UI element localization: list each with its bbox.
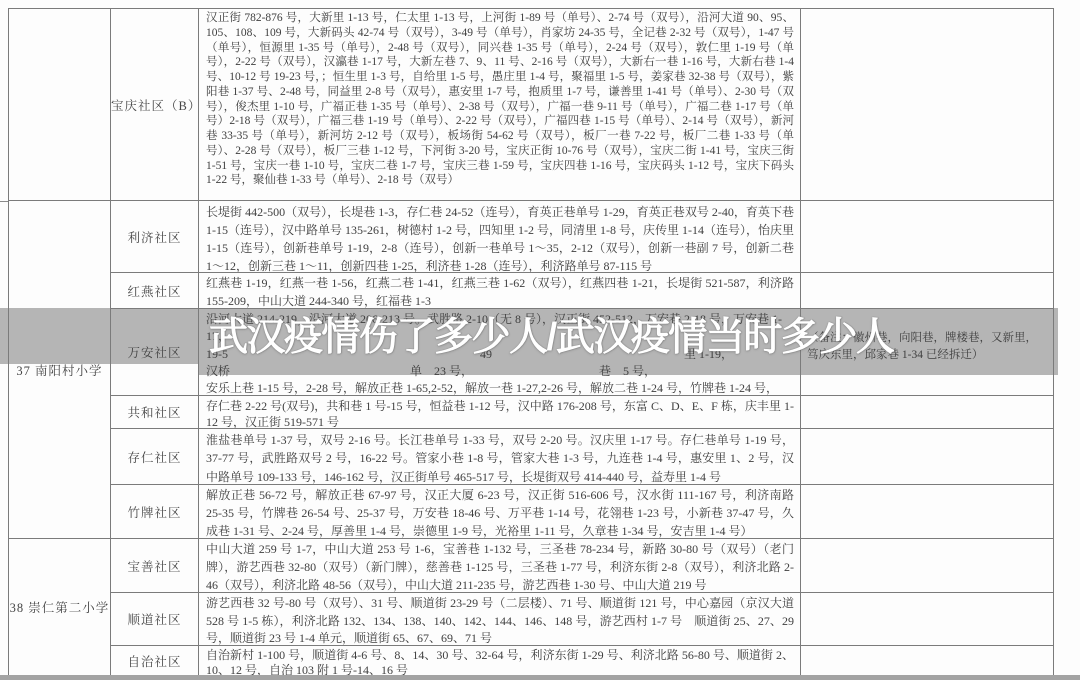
note-cell [801, 9, 1054, 201]
community-cell: 利济社区 [111, 201, 199, 273]
community-cell: 自治社区 [111, 646, 199, 676]
community-cell: 红燕社区 [111, 273, 199, 309]
page-bottom-edge [0, 675, 1080, 680]
note-cell [801, 201, 1054, 273]
table-row: 共和社区存仁巷 2-22 号(双号)，共和巷 1 号-15 号，恒益巷 1-12… [9, 396, 1054, 429]
community-cell: 万安社区 [111, 309, 199, 396]
school-cell [9, 9, 111, 201]
community-cell: 顺道社区 [111, 593, 199, 646]
address-text: 游艺西巷 32 号-80 号（双号）、31 号、顺道街 23-29 号（二层楼）… [199, 593, 800, 645]
table-row: 自治社区自治新村 1-100 号，顺道街 4-6 号、8、14、30 号、32-… [9, 646, 1054, 676]
school-cell: 37 南阳村小学 [9, 201, 111, 539]
address-cell: 解放正巷 56-72 号，解放正巷 67-97 号，汉正大厦 6-23 号，汉正… [199, 485, 801, 539]
community-cell: 宝庆社区（B） [111, 9, 199, 201]
table-row: 37 南阳村小学利济社区长堤街 442-500（双号），长堤巷 1-3，存仁巷 … [9, 201, 1054, 273]
address-text: 红燕巷 1-19，红燕一巷 1-56，红燕二巷 1-41，红燕三巷 1-62（双… [199, 273, 800, 308]
address-text: 汉正街 782-876 号，大新里 1-13 号，仁太里 1-13 号，上河街 … [199, 9, 800, 200]
address-cell: 自治新村 1-100 号，顺道街 4-6 号、8、14、30 号、32-64 号… [199, 646, 801, 676]
address-cell: 游艺西巷 32 号-80 号（双号）、31 号、顺道街 23-29 号（二层楼）… [199, 593, 801, 646]
note-cell [801, 485, 1054, 539]
table-row: 竹牌社区解放正巷 56-72 号，解放正巷 67-97 号，汉正大厦 6-23 … [9, 485, 1054, 539]
community-cell: 存仁社区 [111, 429, 199, 485]
community-cell: 宝善社区 [111, 539, 199, 593]
address-text: 中山大道 259 号 1-7，中山大道 253 号 1-6，宝善巷 1-132 … [199, 539, 800, 592]
address-cell: 淮盐巷单号 1-37 号，双号 2-16 号。长江巷单号 1-33 号，双号 2… [199, 429, 801, 485]
document-page: 宝庆社区（B）汉正街 782-876 号，大新里 1-13 号，仁太里 1-13… [0, 0, 1080, 680]
community-cell: 竹牌社区 [111, 485, 199, 539]
watermark-text: 武汉疫情伤了多少人/武汉疫情当时多少人 [209, 316, 893, 360]
note-cell [801, 593, 1054, 646]
note-cell [801, 273, 1054, 309]
community-cell: 共和社区 [111, 396, 199, 429]
note-cell [801, 396, 1054, 429]
table-row: 宝庆社区（B）汉正街 782-876 号，大新里 1-13 号，仁太里 1-13… [9, 9, 1054, 201]
note-cell [801, 429, 1054, 485]
address-cell: 红燕巷 1-19，红燕一巷 1-56，红燕二巷 1-41，红燕三巷 1-62（双… [199, 273, 801, 309]
address-cell: 中山大道 259 号 1-7，中山大道 253 号 1-6，宝善巷 1-132 … [199, 539, 801, 593]
note-cell [801, 539, 1054, 593]
address-text: 淮盐巷单号 1-37 号，双号 2-16 号。长江巷单号 1-33 号，双号 2… [199, 429, 800, 484]
address-cell: 存仁巷 2-22 号(双号)，共和巷 1 号-15 号，恒益巷 1-12 号，汉… [199, 396, 801, 429]
address-cell: 汉正街 782-876 号，大新里 1-13 号，仁太里 1-13 号，上河街 … [199, 9, 801, 201]
table-row: 顺道社区游艺西巷 32 号-80 号（双号）、31 号、顺道街 23-29 号（… [9, 593, 1054, 646]
address-cell: 长堤街 442-500（双号），长堤巷 1-3，存仁巷 24-52（连号），育英… [199, 201, 801, 273]
address-text: 存仁巷 2-22 号(双号)，共和巷 1 号-15 号，恒益巷 1-12 号，汉… [199, 396, 800, 428]
address-text: 自治新村 1-100 号，顺道街 4-6 号、8、14、30 号、32-64 号… [199, 646, 800, 675]
address-text: 解放正巷 56-72 号，解放正巷 67-97 号，汉正大厦 6-23 号，汉正… [199, 485, 800, 538]
table-row: 红燕社区红燕巷 1-19，红燕一巷 1-56，红燕二巷 1-41，红燕三巷 1-… [9, 273, 1054, 309]
address-text: 长堤街 442-500（双号），长堤巷 1-3，存仁巷 24-52（连号），育英… [199, 201, 800, 272]
table-row: 38 崇仁第二小学宝善社区中山大道 259 号 1-7，中山大道 253 号 1… [9, 539, 1054, 593]
note-cell [801, 646, 1054, 676]
school-cell: 38 崇仁第二小学 [9, 539, 111, 676]
table-row: 存仁社区淮盐巷单号 1-37 号，双号 2-16 号。长江巷单号 1-33 号，… [9, 429, 1054, 485]
